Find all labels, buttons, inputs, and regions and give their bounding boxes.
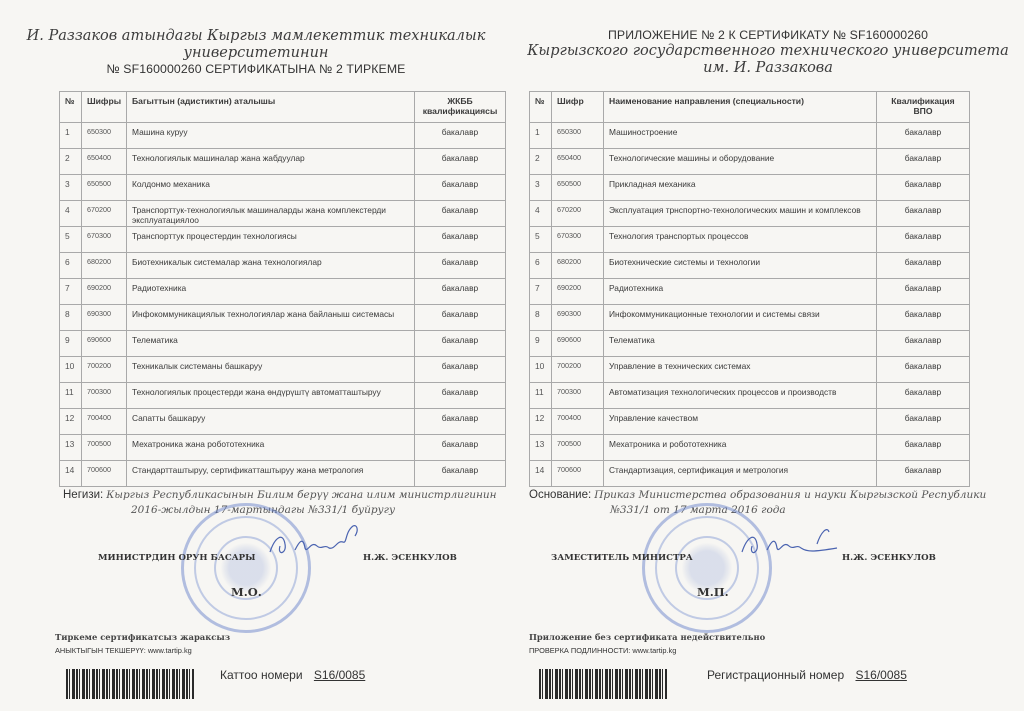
appendix-title: № SF160000260 СЕРТИФИКАТЫНА № 2 ТИРКЕМЕ [0,62,512,77]
row-number: 2 [60,149,82,175]
row-specialty-name: Радиотехника [604,279,877,305]
row-code: 670300 [552,227,604,253]
table-row: 7690200Радиотехникабакалавр [530,279,970,305]
qual-header-line2: квалификациясы [420,106,500,116]
table-row: 4670200Эксплуатация трнспортно-технологи… [530,201,970,227]
qual-header-line1: Квалификация [882,96,964,106]
row-code: 680200 [82,253,127,279]
row-number: 1 [60,123,82,149]
row-code: 690600 [552,331,604,357]
row-specialty-name: Биотехникалык системалар жана технология… [127,253,415,279]
row-qualification: бакалавр [415,149,506,175]
row-code: 650400 [552,149,604,175]
russian-appendix-page: ПРИЛОЖЕНИЕ № 2 К СЕРТИФИКАТУ № SF1600002… [512,0,1024,711]
row-specialty-name: Технология транспортых процессов [604,227,877,253]
row-code: 700600 [552,461,604,487]
table-row: 5670300Технология транспортых процессовб… [530,227,970,253]
row-code: 670200 [82,201,127,227]
table-row: 13700500Мехатроника и робототехникабакал… [530,435,970,461]
row-qualification: бакалавр [415,461,506,487]
table-row: 4670200Транспорттук-технологиялык машина… [60,201,506,227]
row-qualification: бакалавр [415,253,506,279]
row-qualification: бакалавр [415,123,506,149]
row-code: 700500 [82,435,127,461]
row-number: 10 [530,357,552,383]
kyrgyz-appendix-page: И. Раззаков атындагы Кыргыз мамлекеттик … [0,0,512,711]
basis-text-line1: Кыргыз Республикасынын Билим берүү жана … [106,489,496,501]
row-number: 12 [530,409,552,435]
row-specialty-name: Инфокоммуникациялык технологиялар жана б… [127,305,415,331]
table-row: 6680200Биотехникалык системалар жана тех… [60,253,506,279]
col-header-code: Шифр [552,92,604,123]
row-specialty-name: Сапатты башкаруу [127,409,415,435]
table-row: 6680200Биотехнические системы и технолог… [530,253,970,279]
row-number: 14 [530,461,552,487]
table-row: 1650300Машина куруубакалавр [60,123,506,149]
table-row: 12700400Сапатты башкаруубакалавр [60,409,506,435]
col-header-name: Наименование направления (специальности) [604,92,877,123]
basis-text-line1: Приказ Министерства образования и науки … [594,489,986,501]
university-name: Кыргызского государственного техническог… [512,43,1024,60]
table-row: 11700300Автоматизация технологических пр… [530,383,970,409]
row-number: 8 [60,305,82,331]
row-number: 6 [60,253,82,279]
row-code: 690600 [82,331,127,357]
table-row: 14700600Стандартташтыруу, сертификатташт… [60,461,506,487]
registration-number: Каттоо номери S16/0085 [220,668,365,682]
row-number: 3 [530,175,552,201]
row-qualification: бакалавр [415,357,506,383]
row-specialty-name: Управление в технических системах [604,357,877,383]
row-qualification: бакалавр [877,201,970,227]
row-qualification: бакалавр [877,435,970,461]
row-number: 8 [530,305,552,331]
row-qualification: бакалавр [415,435,506,461]
seal-label: М.П. [697,585,729,599]
row-number: 9 [530,331,552,357]
row-number: 1 [530,123,552,149]
page-header: ПРИЛОЖЕНИЕ № 2 К СЕРТИФИКАТУ № SF1600002… [512,28,1024,77]
row-code: 680200 [552,253,604,279]
qual-header-line2: ВПО [882,106,964,116]
table-header-row: № Шифры Багыттын (адистиктин) аталышы ЖК… [60,92,506,123]
row-code: 670200 [552,201,604,227]
row-code: 700400 [82,409,127,435]
row-qualification: бакалавр [877,357,970,383]
row-qualification: бакалавр [415,331,506,357]
row-qualification: бакалавр [415,383,506,409]
university-name-cont: университетинин [0,45,512,62]
row-number: 7 [530,279,552,305]
table-row: 2650400Технологические машины и оборудов… [530,149,970,175]
row-specialty-name: Технологиялык машиналар жана жабдуулар [127,149,415,175]
verification-link: АНЫКТЫГЫН ТЕКШЕРҮҮ: www.tartip.kg [55,646,192,655]
basis-label: Основание: [529,489,591,501]
row-qualification: бакалавр [877,227,970,253]
appendix-title: ПРИЛОЖЕНИЕ № 2 К СЕРТИФИКАТУ № SF1600002… [512,28,1024,43]
row-number: 13 [530,435,552,461]
signer-name: Н.Ж. ЭСЕНКУЛОВ [842,553,936,563]
basis-block: Основание: Приказ Министерства образован… [529,488,986,518]
registration-number: Регистрационный номер S16/0085 [707,668,907,682]
row-qualification: бакалавр [877,175,970,201]
basis-label: Негизи: [63,489,103,501]
basis-text-line2: №331/1 от 17 марта 2016 года [529,503,986,518]
signer-title: МИНИСТРДИН ОРУН БАСАРЫ [98,553,255,563]
row-number: 11 [530,383,552,409]
row-qualification: бакалавр [415,227,506,253]
table-row: 8690300Инфокоммуникациялык технологиялар… [60,305,506,331]
row-qualification: бакалавр [877,331,970,357]
row-number: 5 [530,227,552,253]
registration-label: Регистрационный номер [707,668,844,682]
row-specialty-name: Радиотехника [127,279,415,305]
table-row: 11700300Технологиялык процестерди жана ө… [60,383,506,409]
signer-name: Н.Ж. ЭСЕНКУЛОВ [363,553,457,563]
row-qualification: бакалавр [877,409,970,435]
seal-label: М.О. [231,585,262,599]
row-number: 5 [60,227,82,253]
row-specialty-name: Технологиялык процестерди жана өндүрүштү… [127,383,415,409]
row-specialty-name: Стандартташтыруу, сертификатташтыруу жан… [127,461,415,487]
row-specialty-name: Телематика [604,331,877,357]
row-specialty-name: Колдонмо механика [127,175,415,201]
row-qualification: бакалавр [415,201,506,227]
row-code: 700400 [552,409,604,435]
row-specialty-name: Технологические машины и оборудование [604,149,877,175]
row-number: 13 [60,435,82,461]
signer-title: ЗАМЕСТИТЕЛЬ МИНИСТРА [551,553,693,563]
row-code: 700600 [82,461,127,487]
row-specialty-name: Прикладная механика [604,175,877,201]
row-qualification: бакалавр [415,279,506,305]
signature-icon [737,522,842,562]
row-specialty-name: Машиностроение [604,123,877,149]
row-number: 3 [60,175,82,201]
row-number: 2 [530,149,552,175]
qual-header-line1: ЖКББ [420,96,500,106]
university-name-cont: им. И. Раззакова [512,60,1024,77]
table-row: 9690600Телематикабакалавр [530,331,970,357]
verification-link: ПРОВЕРКА ПОДЛИННОСТИ: www.tartip.kg [529,646,676,655]
row-code: 650300 [82,123,127,149]
row-specialty-name: Транспорттук-технологиялык машиналарды ж… [127,201,415,227]
table-row: 10700200Техникалык системаны башкаруубак… [60,357,506,383]
table-row: 1650300Машиностроениебакалавр [530,123,970,149]
signature-icon [265,522,370,562]
barcode-icon [539,669,667,699]
row-specialty-name: Биотехнические системы и технологии [604,253,877,279]
row-qualification: бакалавр [415,175,506,201]
row-number: 7 [60,279,82,305]
row-qualification: бакалавр [877,305,970,331]
row-number: 9 [60,331,82,357]
table-row: 14700600Стандартизация, сертификация и м… [530,461,970,487]
row-number: 11 [60,383,82,409]
row-number: 4 [60,201,82,227]
row-number: 14 [60,461,82,487]
row-qualification: бакалавр [877,279,970,305]
table-row: 7690200Радиотехникабакалавр [60,279,506,305]
row-number: 12 [60,409,82,435]
row-code: 650500 [82,175,127,201]
row-specialty-name: Телематика [127,331,415,357]
table-row: 12700400Управление качествомбакалавр [530,409,970,435]
table-row: 5670300Транспорттук процестердин техноло… [60,227,506,253]
col-header-name: Багыттын (адистиктин) аталышы [127,92,415,123]
row-qualification: бакалавр [877,461,970,487]
table-row: 8690300Инфокоммуникационные технологии и… [530,305,970,331]
row-qualification: бакалавр [877,149,970,175]
row-specialty-name: Транспорттук процестердин технологиясы [127,227,415,253]
table-header-row: № Шифр Наименование направления (специал… [530,92,970,123]
row-code: 690200 [82,279,127,305]
specialties-table: № Шифры Багыттын (адистиктин) аталышы ЖК… [59,91,506,487]
validity-note: Приложение без сертификата недействитель… [529,632,765,642]
row-code: 700300 [82,383,127,409]
row-number: 10 [60,357,82,383]
row-specialty-name: Эксплуатация трнспортно-технологических … [604,201,877,227]
row-specialty-name: Машина куруу [127,123,415,149]
table-row: 13700500Мехатроника жана робототехникаба… [60,435,506,461]
table-row: 10700200Управление в технических система… [530,357,970,383]
row-qualification: бакалавр [415,305,506,331]
row-specialty-name: Техникалык системаны башкаруу [127,357,415,383]
col-header-code: Шифры [82,92,127,123]
row-specialty-name: Мехатроника и робототехника [604,435,877,461]
row-code: 650500 [552,175,604,201]
table-row: 3650500Колдонмо механикабакалавр [60,175,506,201]
col-header-number: № [530,92,552,123]
registration-value: S16/0085 [855,668,906,682]
row-code: 700300 [552,383,604,409]
barcode-icon [66,669,194,699]
row-specialty-name: Управление качеством [604,409,877,435]
table-row: 2650400Технологиялык машиналар жана жабд… [60,149,506,175]
validity-note: Тиркеме сертификатсыз жараксыз [55,632,230,642]
row-code: 690300 [82,305,127,331]
col-header-number: № [60,92,82,123]
row-code: 700500 [552,435,604,461]
row-specialty-name: Инфокоммуникационные технологии и систем… [604,305,877,331]
row-number: 6 [530,253,552,279]
university-name: И. Раззаков атындагы Кыргыз мамлекеттик … [0,28,512,45]
row-code: 670300 [82,227,127,253]
row-code: 700200 [552,357,604,383]
row-qualification: бакалавр [877,383,970,409]
specialties-table: № Шифр Наименование направления (специал… [529,91,970,487]
col-header-qualification: ЖКББ квалификациясы [415,92,506,123]
row-qualification: бакалавр [877,253,970,279]
table-row: 3650500Прикладная механикабакалавр [530,175,970,201]
page-header: И. Раззаков атындагы Кыргыз мамлекеттик … [0,28,512,77]
registration-value: S16/0085 [314,668,365,682]
row-specialty-name: Стандартизация, сертификация и метрологи… [604,461,877,487]
col-header-qualification: Квалификация ВПО [877,92,970,123]
row-number: 4 [530,201,552,227]
row-specialty-name: Автоматизация технологических процессов … [604,383,877,409]
registration-label: Каттоо номери [220,668,303,682]
row-specialty-name: Мехатроника жана робототехника [127,435,415,461]
row-code: 650300 [552,123,604,149]
row-qualification: бакалавр [877,123,970,149]
row-qualification: бакалавр [415,409,506,435]
row-code: 690300 [552,305,604,331]
row-code: 650400 [82,149,127,175]
row-code: 700200 [82,357,127,383]
row-code: 690200 [552,279,604,305]
table-row: 9690600Телематикабакалавр [60,331,506,357]
